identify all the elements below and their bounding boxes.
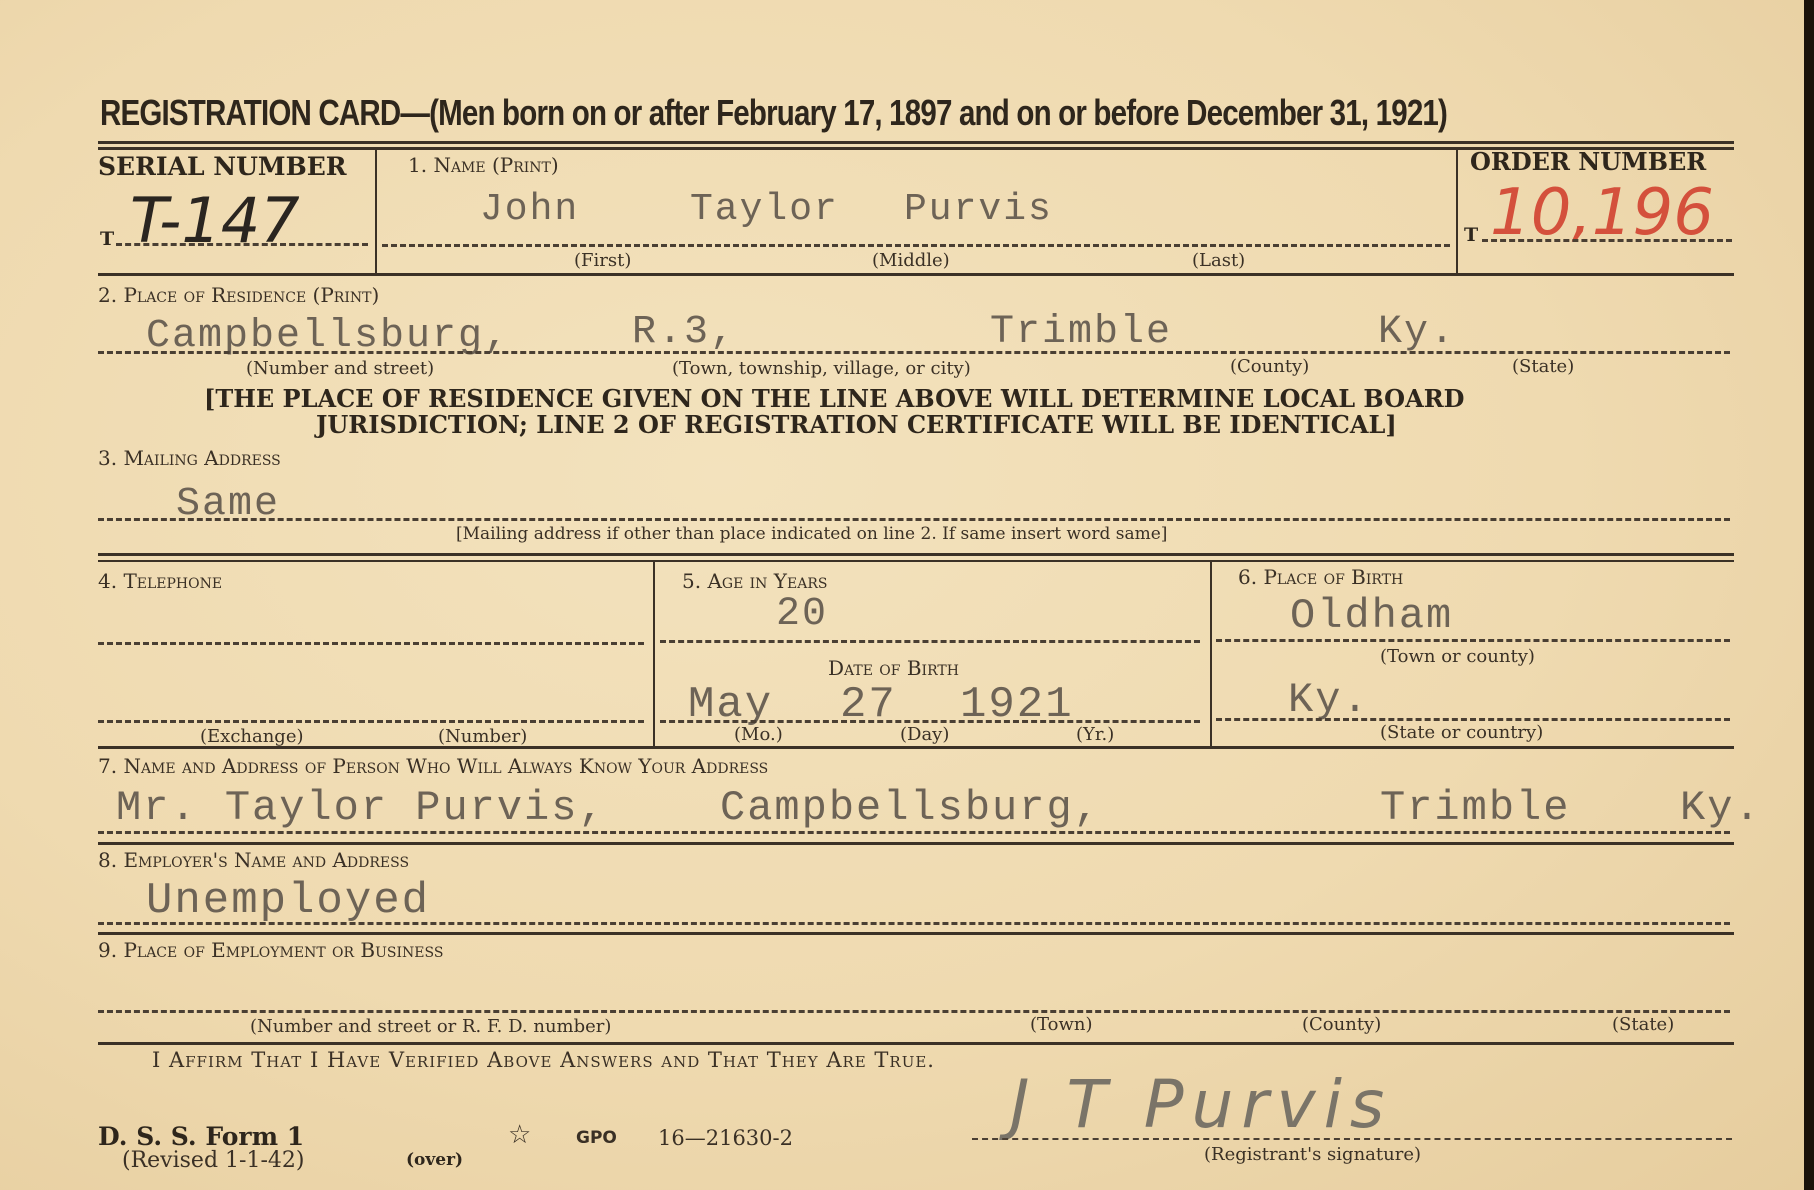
residence-town[interactable]: R.3, — [632, 310, 736, 355]
telephone-line-2[interactable] — [98, 720, 644, 723]
serial-prefix: T — [100, 228, 114, 250]
name-label: 1. Name (Print) — [408, 153, 559, 177]
residence-notice-line1: [THE PLACE OF RESIDENCE GIVEN ON THE LIN… — [204, 384, 1464, 413]
name-line — [382, 244, 1450, 247]
age-value[interactable]: 20 — [776, 592, 828, 637]
contact-town[interactable]: Campbellsburg, — [720, 784, 1101, 832]
month-caption: (Mo.) — [734, 724, 783, 745]
row8-rule — [98, 932, 1734, 935]
row3-rule-a — [98, 553, 1734, 556]
serial-number-value[interactable]: T-147 — [130, 184, 300, 257]
birthplace-state[interactable]: Ky. — [1288, 676, 1370, 724]
dob-label: Date of Birth — [828, 656, 959, 680]
contact-county[interactable]: Trimble — [1380, 784, 1570, 832]
order-divider — [1456, 150, 1458, 274]
employment-county-caption: (County) — [1302, 1014, 1381, 1035]
state-or-country-caption: (State or country) — [1380, 722, 1543, 743]
employer-label: 8. Employer's Name and Address — [98, 848, 409, 872]
employment-place-line[interactable] — [98, 1010, 1730, 1013]
serial-divider — [375, 150, 377, 274]
contact-name[interactable]: Mr. Taylor Purvis, — [116, 784, 606, 832]
day-caption: (Day) — [900, 724, 949, 745]
year-caption: (Yr.) — [1076, 724, 1114, 745]
registration-card: REGISTRATION CARD—(Men born on or after … — [0, 0, 1804, 1190]
residence-notice-line2: JURISDICTION; LINE 2 OF REGISTRATION CER… — [316, 410, 1397, 439]
number-caption: (Number) — [438, 726, 527, 747]
row1-rule — [98, 273, 1734, 276]
birthplace-label: 6. Place of Birth — [1238, 565, 1403, 589]
name-first[interactable]: John — [480, 188, 579, 231]
gpo-label: GPO — [576, 1128, 617, 1148]
order-number-label: ORDER NUMBER — [1470, 147, 1706, 176]
residence-county[interactable]: Trimble — [990, 310, 1172, 355]
residence-state[interactable]: Ky. — [1378, 310, 1456, 355]
age-label: 5. Age in Years — [682, 569, 827, 593]
gpo-number: 16—21630-2 — [658, 1126, 793, 1150]
contact-line — [98, 831, 1730, 834]
serial-line — [116, 243, 368, 246]
mailing-line — [98, 518, 1730, 521]
registrant-signature[interactable]: J T Purvis — [1010, 1066, 1392, 1143]
age-line — [660, 640, 1200, 643]
birthplace-town[interactable]: Oldham — [1290, 592, 1453, 640]
residence-line — [98, 351, 1730, 354]
signature-caption: (Registrant's signature) — [1204, 1144, 1421, 1165]
serial-number-label: SERIAL NUMBER — [98, 152, 347, 181]
mailing-caption: [Mailing address if other than place ind… — [456, 524, 1167, 544]
state-caption: (State) — [1512, 356, 1574, 377]
title-rule-top — [98, 141, 1734, 144]
signature-line — [972, 1138, 1732, 1140]
star-icon: ☆ — [508, 1120, 531, 1150]
card-title: REGISTRATION CARD—(Men born on or after … — [100, 92, 1447, 134]
age-birth-divider — [1210, 562, 1212, 746]
telephone-line-1[interactable] — [98, 642, 644, 645]
revised-date: (Revised 1-1-42) — [122, 1148, 304, 1173]
over-note: (over) — [406, 1150, 463, 1170]
middle-caption: (Middle) — [872, 250, 950, 271]
street-rfd-caption: (Number and street or R. F. D. number) — [250, 1016, 611, 1037]
employment-state-caption: (State) — [1612, 1014, 1674, 1035]
residence-label: 2. Place of Residence (Print) — [98, 283, 379, 307]
last-caption: (Last) — [1192, 250, 1245, 271]
employment-town-caption: (Town) — [1030, 1014, 1093, 1035]
employer-value[interactable]: Unemployed — [146, 876, 430, 926]
exchange-caption: (Exchange) — [200, 726, 304, 747]
contact-state[interactable]: Ky. — [1680, 784, 1762, 832]
first-caption: (First) — [574, 250, 631, 271]
row4-rule — [98, 746, 1734, 749]
town-caption: (Town, township, village, or city) — [672, 358, 971, 379]
tel-age-divider — [653, 562, 655, 746]
telephone-label: 4. Telephone — [98, 569, 222, 593]
mailing-address-label: 3. Mailing Address — [98, 446, 281, 470]
row9-rule — [98, 1042, 1734, 1045]
form-number: D. S. S. Form 1 — [98, 1122, 304, 1151]
dob-line — [660, 720, 1200, 723]
employer-line — [98, 922, 1730, 925]
name-middle[interactable]: Taylor — [690, 188, 839, 231]
row7-rule — [98, 842, 1734, 845]
birthplace-town-line — [1216, 639, 1730, 642]
name-last[interactable]: Purvis — [904, 188, 1053, 231]
birthplace-state-line — [1216, 718, 1730, 721]
affirmation-text: I Affirm That I Have Verified Above Answ… — [152, 1048, 935, 1072]
order-prefix: T — [1464, 224, 1478, 246]
contact-label: 7. Name and Address of Person Who Will A… — [98, 754, 768, 778]
order-line — [1482, 239, 1732, 242]
employment-place-label: 9. Place of Employment or Business — [98, 938, 443, 962]
town-or-county-caption: (Town or county) — [1380, 646, 1535, 667]
row3-rule-b — [98, 560, 1734, 562]
county-caption: (County) — [1230, 356, 1309, 377]
street-caption: (Number and street) — [246, 358, 434, 379]
